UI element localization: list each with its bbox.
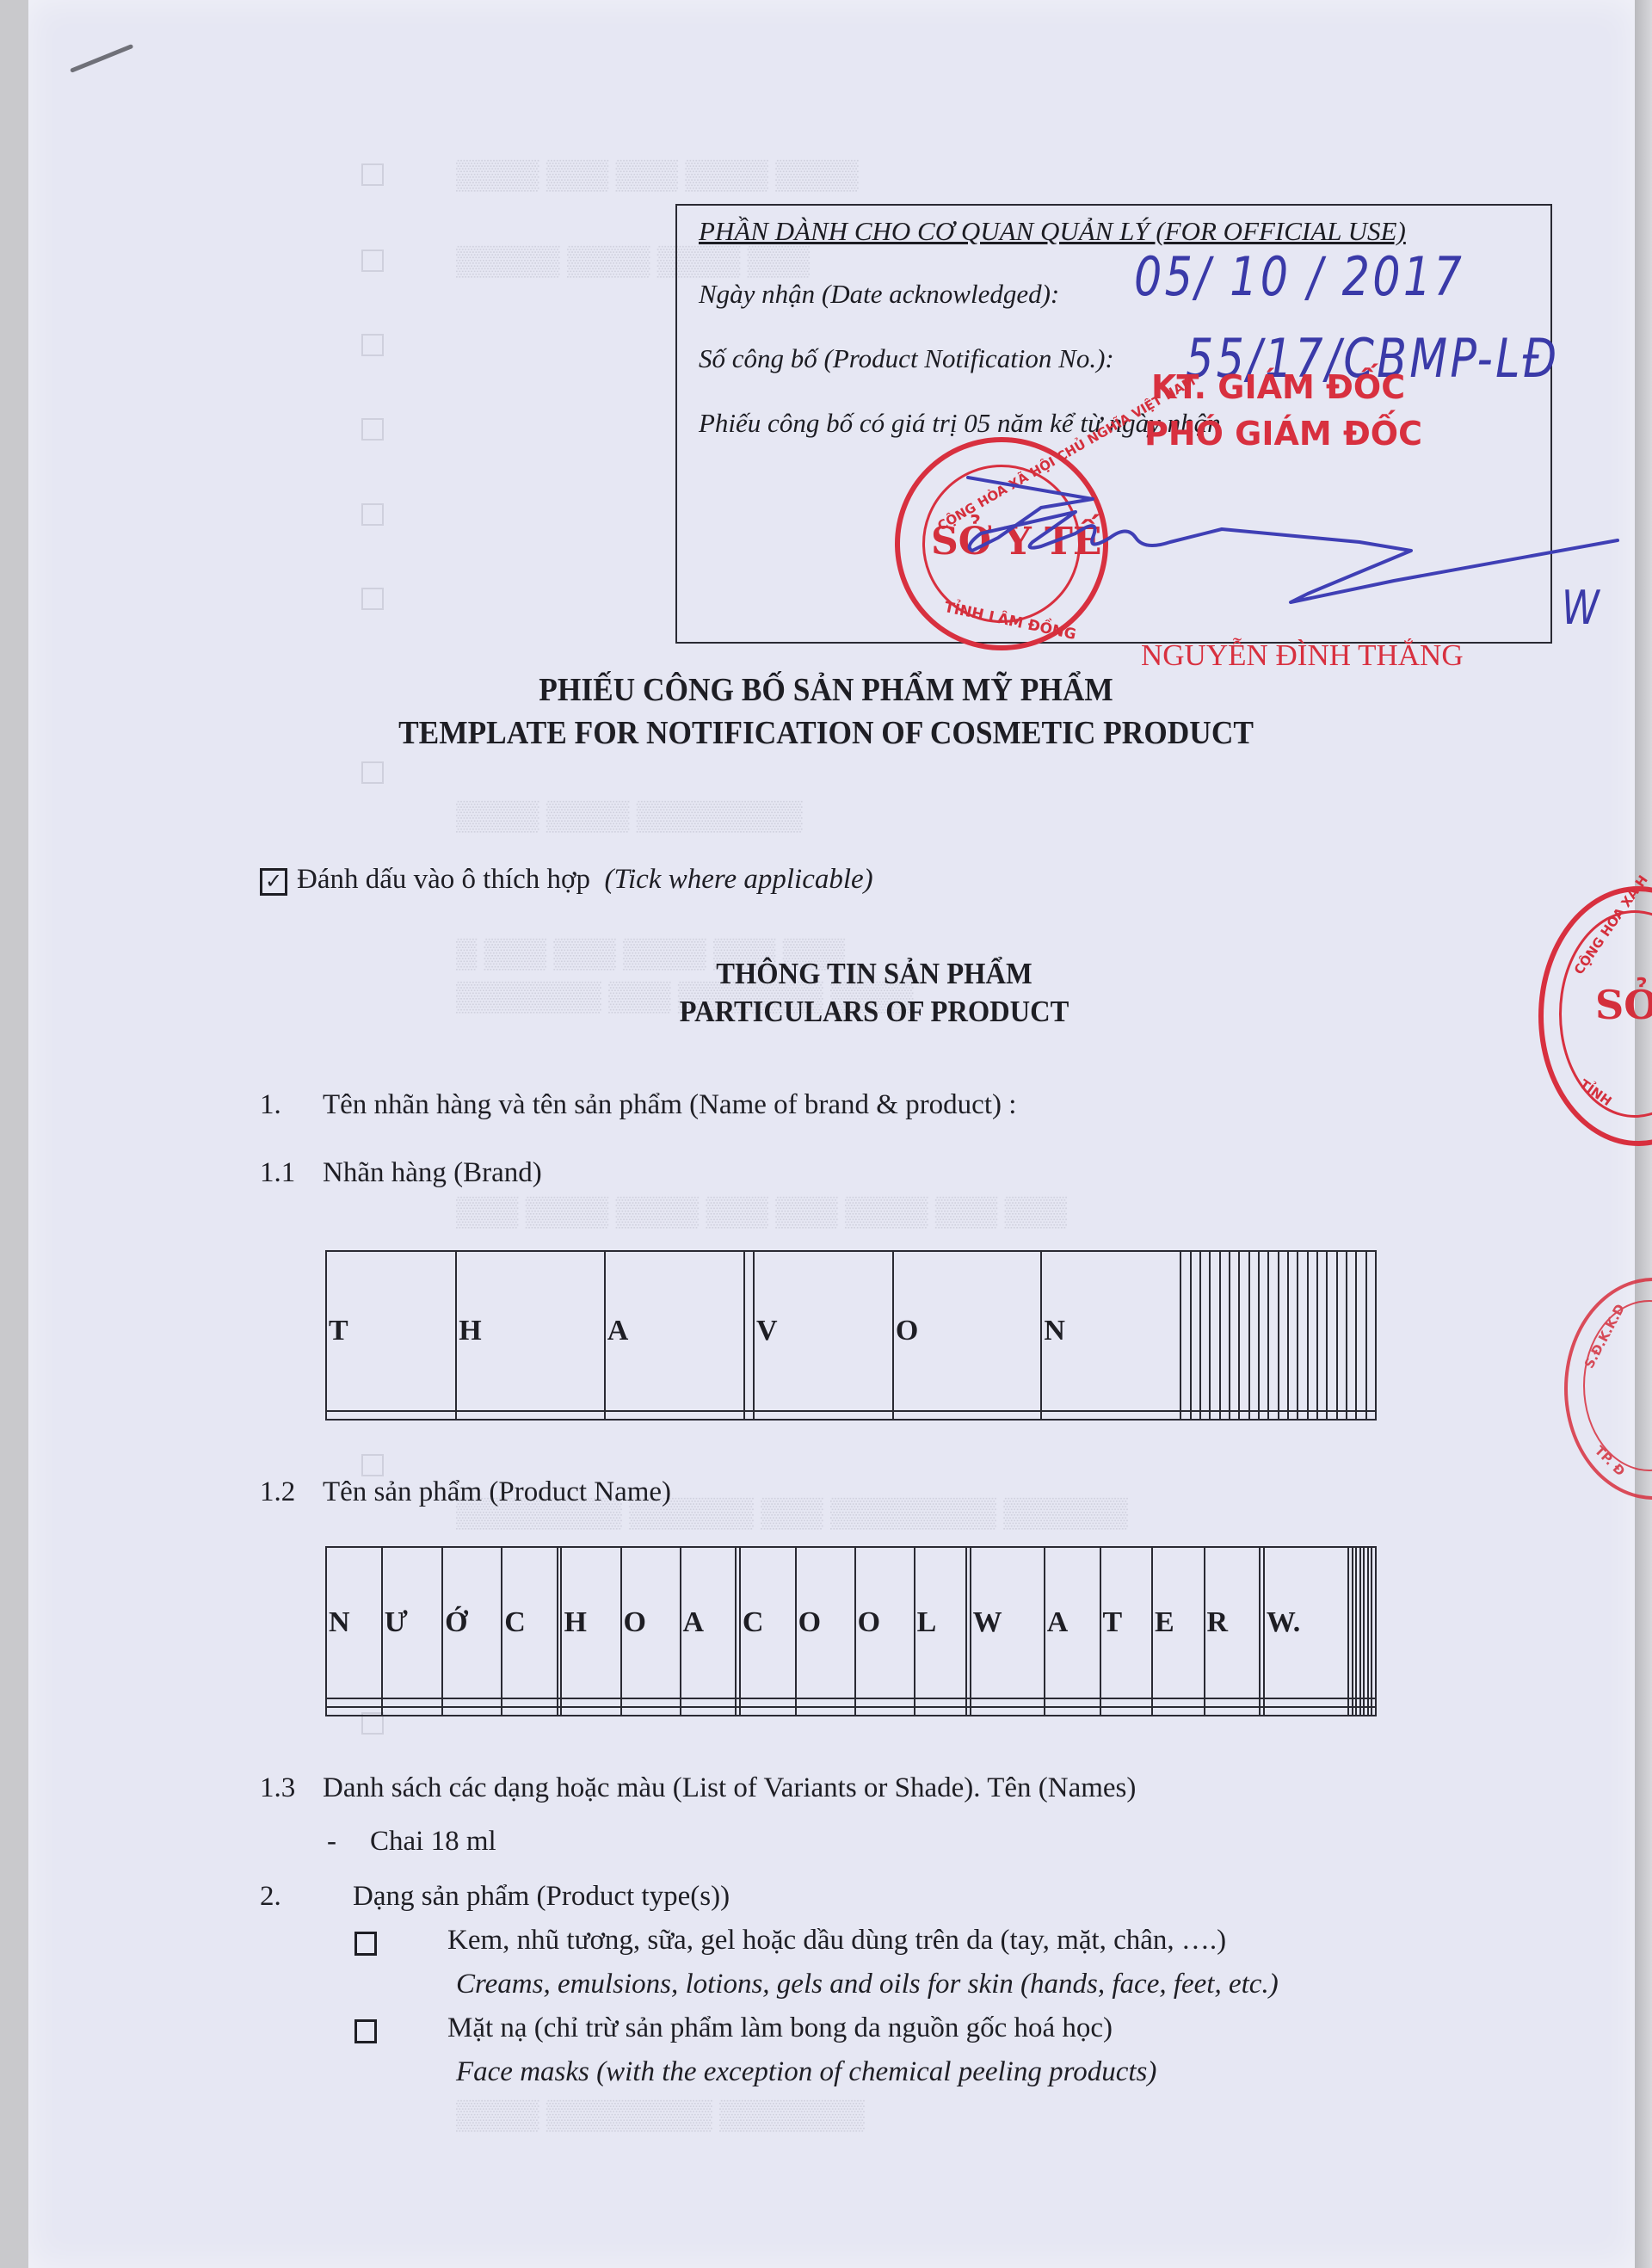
grid-cell[interactable] <box>855 1698 915 1707</box>
grid-cell[interactable] <box>744 1251 754 1411</box>
grid-row: THAVON <box>326 1251 1376 1411</box>
section-1-2-label: Tên sản phẩm (Product Name) <box>323 1476 671 1508</box>
grid-cell[interactable] <box>1259 1251 1268 1411</box>
grid-cell[interactable]: T <box>1100 1547 1153 1698</box>
grid-cell[interactable] <box>1356 1251 1365 1411</box>
grid-cell[interactable] <box>1279 1411 1288 1420</box>
grid-cell[interactable] <box>1191 1251 1200 1411</box>
grid-cell[interactable] <box>1200 1411 1210 1420</box>
grid-cell[interactable] <box>855 1707 915 1716</box>
grid-cell[interactable] <box>1327 1251 1336 1411</box>
grid-cell[interactable]: O <box>855 1547 915 1698</box>
section-1-1-number: 1.1 <box>260 1157 295 1189</box>
grid-cell[interactable] <box>326 1698 382 1707</box>
grid-cell[interactable]: C <box>740 1547 796 1698</box>
instruction-text: Đánh dấu vào ô thích hợp (Tick where app… <box>297 864 873 896</box>
grid-cell[interactable] <box>1347 1251 1356 1411</box>
grid-cell[interactable] <box>1100 1698 1153 1707</box>
grid-row <box>326 1411 1376 1420</box>
variant-bullet: - <box>327 1826 336 1858</box>
grid-cell[interactable] <box>754 1411 893 1420</box>
section-heading-vi: THÔNG TIN SẢN PHẨM <box>106 957 1643 991</box>
grid-cell[interactable] <box>1317 1251 1327 1411</box>
date-acknowledged-label: Ngày nhận (Date acknowledged): <box>699 279 1059 310</box>
grid-cell[interactable]: N <box>1041 1251 1180 1411</box>
product-type-label-vi: Mặt nạ (chỉ trừ sản phẩm làm bong da ngu… <box>447 2012 1113 2044</box>
grid-cell[interactable] <box>1264 1707 1348 1716</box>
grid-cell[interactable] <box>1317 1411 1327 1420</box>
grid-cell[interactable] <box>605 1411 744 1420</box>
grid-cell[interactable] <box>1200 1251 1210 1411</box>
brand-name-grid[interactable]: THAVON <box>325 1250 1377 1421</box>
grid-cell[interactable] <box>1210 1251 1219 1411</box>
grid-cell[interactable] <box>1045 1698 1100 1707</box>
grid-row: NƯỚCHOACOOLWATERW. <box>326 1547 1376 1698</box>
grid-cell[interactable] <box>971 1707 1045 1716</box>
grid-cell[interactable]: A <box>681 1547 737 1698</box>
grid-cell[interactable]: Ư <box>382 1547 442 1698</box>
notification-number-label: Số công bố (Product Notification No.): <box>699 343 1114 374</box>
grid-cell[interactable] <box>561 1698 620 1707</box>
grid-cell[interactable]: W. <box>1264 1547 1348 1698</box>
grid-cell[interactable] <box>1041 1411 1180 1420</box>
grid-cell[interactable]: N <box>326 1547 382 1698</box>
grid-cell[interactable] <box>1327 1411 1336 1420</box>
section-2-number: 2. <box>260 1881 281 1913</box>
grid-cell[interactable]: O <box>893 1251 1042 1411</box>
grid-cell[interactable] <box>893 1411 1042 1420</box>
grid-cell[interactable]: V <box>754 1251 893 1411</box>
grid-cell[interactable] <box>1259 1411 1268 1420</box>
grid-cell[interactable] <box>382 1698 442 1707</box>
checked-checkbox-icon: ✓ <box>260 868 287 896</box>
grid-cell[interactable] <box>971 1698 1045 1707</box>
grid-cell[interactable] <box>1288 1251 1298 1411</box>
variant-item: Chai 18 ml <box>370 1826 496 1858</box>
product-type-label-en: Creams, emulsions, lotions, gels and oil… <box>456 1969 1279 2000</box>
grid-cell[interactable]: C <box>502 1547 558 1698</box>
grid-cell[interactable] <box>1298 1411 1307 1420</box>
grid-cell[interactable] <box>744 1411 754 1420</box>
grid-cell[interactable]: O <box>621 1547 681 1698</box>
grid-cell[interactable] <box>1180 1411 1190 1420</box>
grid-cell[interactable] <box>1347 1411 1356 1420</box>
grid-cell[interactable] <box>915 1707 967 1716</box>
grid-cell[interactable] <box>1264 1698 1348 1707</box>
grid-cell[interactable] <box>1308 1411 1317 1420</box>
grid-cell[interactable] <box>1337 1251 1347 1411</box>
grid-cell[interactable] <box>1180 1251 1190 1411</box>
grid-cell[interactable] <box>621 1707 681 1716</box>
grid-cell[interactable] <box>681 1707 737 1716</box>
grid-cell[interactable] <box>1308 1251 1317 1411</box>
product-type-label-vi: Kem, nhũ tương, sữa, gel hoặc dầu dùng t… <box>447 1925 1226 1957</box>
grid-cell[interactable] <box>1205 1707 1261 1716</box>
grid-cell[interactable] <box>1372 1698 1376 1707</box>
grid-cell[interactable] <box>1152 1698 1205 1707</box>
grid-cell[interactable] <box>1372 1707 1376 1716</box>
grid-cell[interactable] <box>442 1707 502 1716</box>
grid-cell[interactable]: T <box>326 1251 456 1411</box>
grid-cell[interactable]: H <box>456 1251 605 1411</box>
grid-cell[interactable]: A <box>1045 1547 1100 1698</box>
signer-title-deputy: PHÓ GIÁM ĐỐC <box>1144 415 1422 453</box>
grid-cell[interactable] <box>1205 1698 1261 1707</box>
grid-cell[interactable] <box>561 1707 620 1716</box>
grid-cell[interactable] <box>326 1411 456 1420</box>
grid-cell[interactable] <box>1268 1251 1278 1411</box>
grid-cell[interactable] <box>382 1707 442 1716</box>
product-type-label-en: Face masks (with the exception of chemic… <box>456 2056 1156 2088</box>
grid-row <box>326 1698 1376 1707</box>
section-1-label: Tên nhãn hàng và tên sản phẩm (Name of b… <box>323 1089 1016 1121</box>
grid-cell[interactable] <box>1337 1411 1347 1420</box>
grid-cell[interactable]: E <box>1152 1547 1205 1698</box>
grid-cell[interactable]: A <box>605 1251 744 1411</box>
grid-cell[interactable] <box>740 1698 796 1707</box>
grid-cell[interactable]: H <box>561 1547 620 1698</box>
section-heading-en: PARTICULARS OF PRODUCT <box>106 995 1643 1029</box>
grid-cell[interactable] <box>1220 1251 1230 1411</box>
grid-cell[interactable] <box>326 1707 382 1716</box>
grid-cell[interactable] <box>796 1707 855 1716</box>
grid-cell[interactable] <box>1210 1411 1219 1420</box>
grid-cell[interactable] <box>1372 1547 1376 1698</box>
grid-cell[interactable] <box>502 1698 558 1707</box>
date-acknowledged-value: 05/ 10 / 2017 <box>1134 245 1464 308</box>
grid-cell[interactable] <box>1356 1411 1365 1420</box>
grid-cell[interactable] <box>740 1707 796 1716</box>
grid-cell[interactable] <box>456 1411 605 1420</box>
grid-cell[interactable]: L <box>915 1547 967 1698</box>
grid-cell[interactable] <box>1288 1411 1298 1420</box>
initial-mark: W <box>1562 581 1600 635</box>
grid-cell[interactable] <box>915 1698 967 1707</box>
product-name-grid[interactable]: NƯỚCHOACOOLWATERW. <box>325 1546 1377 1716</box>
form-title-vi: PHIẾU CÔNG BỐ SẢN PHẨM MỸ PHẨM <box>58 671 1594 709</box>
grid-cell[interactable] <box>1249 1251 1259 1411</box>
form-title-en: TEMPLATE FOR NOTIFICATION OF COSMETIC PR… <box>58 714 1594 752</box>
section-2-label: Dạng sản phẩm (Product type(s)) <box>353 1881 730 1913</box>
grid-cell[interactable] <box>1279 1251 1288 1411</box>
product-type-checkbox[interactable] <box>354 2019 377 2043</box>
grid-cell[interactable] <box>796 1698 855 1707</box>
grid-cell[interactable] <box>1230 1251 1239 1411</box>
grid-cell[interactable]: O <box>796 1547 855 1698</box>
product-type-checkbox[interactable] <box>354 1932 377 1956</box>
grid-cell[interactable] <box>1230 1411 1239 1420</box>
grid-cell[interactable]: R <box>1205 1547 1261 1698</box>
grid-cell[interactable] <box>1298 1251 1307 1411</box>
grid-cell[interactable] <box>1152 1707 1205 1716</box>
section-1-2-number: 1.2 <box>260 1476 295 1508</box>
grid-cell[interactable] <box>1268 1411 1278 1420</box>
section-1-number: 1. <box>260 1089 281 1121</box>
grid-cell[interactable]: W <box>971 1547 1045 1698</box>
section-1-3-number: 1.3 <box>260 1772 295 1804</box>
section-1-1-label: Nhãn hàng (Brand) <box>323 1157 542 1189</box>
official-use-title: PHẦN DÀNH CHO CƠ QUAN QUẢN LÝ (FOR OFFIC… <box>699 216 1406 247</box>
signer-name: NGUYỄN ĐÌNH THẮNG <box>1141 638 1464 673</box>
grid-cell[interactable] <box>1191 1411 1200 1420</box>
grid-cell[interactable] <box>1239 1251 1248 1411</box>
grid-cell[interactable] <box>621 1698 681 1707</box>
grid-cell[interactable] <box>442 1698 502 1707</box>
grid-cell[interactable] <box>1220 1411 1230 1420</box>
grid-cell[interactable] <box>1239 1411 1248 1420</box>
grid-cell[interactable] <box>1045 1707 1100 1716</box>
grid-cell[interactable] <box>1100 1707 1153 1716</box>
grid-cell[interactable]: Ớ <box>442 1547 502 1698</box>
grid-cell[interactable] <box>502 1707 558 1716</box>
grid-cell[interactable] <box>1366 1251 1377 1411</box>
grid-cell[interactable] <box>1366 1411 1377 1420</box>
grid-cell[interactable] <box>681 1698 737 1707</box>
signature-mark <box>878 465 1635 637</box>
grid-row <box>326 1707 1376 1716</box>
grid-cell[interactable] <box>1249 1411 1259 1420</box>
section-1-3-label: Danh sách các dạng hoặc màu (List of Var… <box>323 1772 1136 1804</box>
